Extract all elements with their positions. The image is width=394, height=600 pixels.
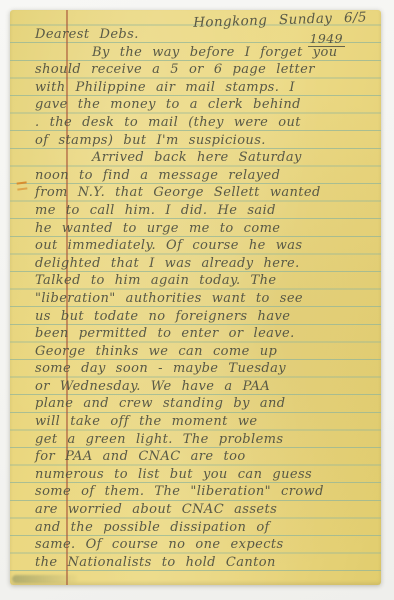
letter-paper: Hongkong Sunday 6/5 1949 Dearest Debs. B… [10, 10, 381, 585]
salutation-text: Dearest Debs. [35, 27, 139, 42]
letter-line: us but todate no foreigners have [35, 308, 377, 326]
bottom-edge-shadow [12, 575, 78, 583]
letter-line: numerous to list but you can guess [35, 466, 377, 484]
letter-line: George thinks we can come up [35, 343, 377, 361]
letter-line: should receive a 5 or 6 page letter [35, 61, 377, 79]
letter-line: noon to find a message relayed [35, 167, 377, 185]
letter-line: some of them. The "liberation" crowd [35, 483, 377, 501]
letter-line: plane and crew standing by and [35, 395, 377, 413]
letter-text: Dearest Debs. By the way before I forget… [35, 26, 377, 571]
letter-line: are worried about CNAC assets [35, 501, 377, 519]
letter-line: "liberation" authorities want to see [35, 290, 377, 308]
letter-lines: By the way before I forget youshould rec… [35, 44, 377, 572]
letter-line: he wanted to urge me to come [35, 220, 377, 238]
letter-line: been permitted to enter or leave. [35, 325, 377, 343]
letter-line: delighted that I was already here. [35, 255, 377, 273]
letter-line: and the possible dissipation of [35, 519, 377, 537]
letter-line: By the way before I forget you [35, 44, 377, 62]
letter-line: gave the money to a clerk behind [35, 96, 377, 114]
letter-line: me to call him. I did. He said [35, 202, 377, 220]
letter-line: . the desk to mail (they were out [35, 114, 377, 132]
salutation: Dearest Debs. [35, 26, 377, 44]
margin-mark-icon [17, 181, 28, 190]
letter-line: or Wednesday. We have a PAA [35, 378, 377, 396]
letter-line: for PAA and CNAC are too [35, 448, 377, 466]
letter-line: some day soon - maybe Tuesday [35, 360, 377, 378]
letter-line: of stamps) but I'm suspicious. [35, 132, 377, 150]
letter-line: same. Of course no one expects [35, 536, 377, 554]
letter-line: the Nationalists to hold Canton [35, 554, 377, 572]
letter-line: from N.Y. that George Sellett wanted [35, 184, 377, 202]
letter-line: out immediately. Of course he was [35, 237, 377, 255]
letter-line: will take off the moment we [35, 413, 377, 431]
letter-line: with Philippine air mail stamps. I [35, 79, 377, 97]
scan-background: Hongkong Sunday 6/5 1949 Dearest Debs. B… [0, 0, 394, 600]
letter-line: get a green light. The problems [35, 431, 377, 449]
letter-line: Talked to him again today. The [35, 272, 377, 290]
letter-line: Arrived back here Saturday [35, 149, 377, 167]
